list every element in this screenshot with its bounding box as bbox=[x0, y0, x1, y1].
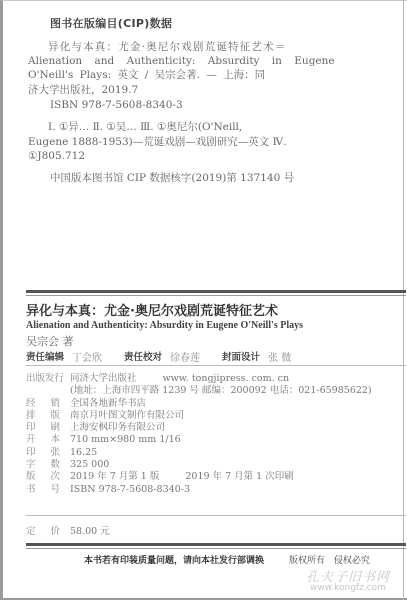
info-value: 710 mm×980 mm 1/16 bbox=[70, 434, 181, 446]
info-row-word-count: 字数 325 000 bbox=[26, 459, 372, 471]
credit-value-proofreader: 徐春莲 bbox=[170, 349, 200, 364]
cip-line: 异化与本真：尤金·奥尼尔戏剧荒诞特征艺术＝ bbox=[48, 41, 287, 54]
watermark-url: www.kongfz.com bbox=[310, 583, 386, 593]
publisher-url: www. tongjipress. com. cn bbox=[163, 373, 290, 385]
book-author: 吴宗会 著 bbox=[26, 333, 74, 349]
info-row-address: (地址：上海市四平路 1239 号 邮编：200092 电话：021-65985… bbox=[26, 385, 372, 397]
copyright-notice: 版权所有 侵权必究 bbox=[289, 553, 370, 566]
info-value-printing: 2019 年 7 月第 1 次印刷 bbox=[185, 471, 293, 483]
info-row-printer: 印刷 上海安枫印务有限公司 bbox=[26, 422, 372, 434]
divider-thin bbox=[26, 295, 406, 296]
cip-line: O'Neill's Plays: 英文 / 吴宗会著. — 上海：同 bbox=[28, 69, 265, 82]
info-label: 出版发行 bbox=[26, 373, 70, 385]
info-row-publisher: 出版发行 同济大学出版社 www. tongjipress. com. cn bbox=[26, 373, 372, 385]
info-row-typesetting: 排版 南京月叶图文制作有限公司 bbox=[26, 410, 372, 422]
info-row-sheets: 印张 16.25 bbox=[26, 447, 372, 459]
divider-thick bbox=[26, 543, 406, 546]
credit-value-cover-design: 张 微 bbox=[268, 349, 291, 364]
info-label: 开本 bbox=[26, 434, 60, 446]
cip-isbn: ISBN 978-7-5608-8340-3 bbox=[50, 99, 183, 112]
publication-info: 出版发行 同济大学出版社 www. tongjipress. com. cn (… bbox=[26, 373, 372, 496]
price-value: 58.00 元 bbox=[70, 523, 110, 537]
credit-label-proofreader: 责任校对 bbox=[124, 349, 162, 364]
page-edge bbox=[403, 0, 404, 600]
publisher-name: 同济大学出版社 bbox=[70, 373, 137, 385]
info-label: 经销 bbox=[26, 398, 60, 410]
cip-line: 济大学出版社，2019.7 bbox=[28, 84, 138, 97]
info-row-format: 开本 710 mm×980 mm 1/16 bbox=[26, 434, 372, 446]
quality-notice: 本书若有印装质量问题，请向本社发行部调换 bbox=[84, 553, 264, 566]
info-label: 字数 bbox=[26, 459, 60, 471]
info-value: 325 000 bbox=[70, 459, 109, 471]
info-row-isbn: 书号 ISBN 978-7-5608-8340-3 bbox=[26, 484, 372, 496]
divider-thick bbox=[26, 290, 406, 293]
publisher-address: (地址：上海市四平路 1239 号 邮编：200092 电话：021-65985… bbox=[70, 385, 372, 397]
price-row: 定价 58.00 元 bbox=[26, 523, 110, 537]
book-title: 异化与本真：尤金·奥尼尔戏剧荒诞特征艺术 bbox=[26, 300, 278, 319]
info-label: 印张 bbox=[26, 447, 60, 459]
info-label: 定价 bbox=[26, 523, 60, 537]
credit-value-editor: 丁会欣 bbox=[72, 349, 102, 364]
credit-label-cover-design: 封面设计 bbox=[222, 349, 260, 364]
cip-subject-index: Ⅰ. ①异… Ⅱ. ①吴… Ⅲ. ①奥尼尔(O'Neill, bbox=[48, 121, 242, 134]
cip-heading: 图书在版编目(CIP)数据 bbox=[50, 15, 172, 31]
credits-row: 责任编辑 丁会欣 责任校对 徐春莲 封面设计 张 微 bbox=[26, 349, 313, 364]
book-subtitle: Alienation and Authenticity: Absurdity i… bbox=[26, 320, 303, 331]
info-row-distributor: 经销 全国各地新华书店 bbox=[26, 398, 372, 410]
info-value: 南京月叶图文制作有限公司 bbox=[70, 410, 184, 422]
info-value: 全国各地新华书店 bbox=[70, 398, 146, 410]
info-value: 2019 年 7 月第 1 版 bbox=[70, 471, 159, 483]
info-label: 书号 bbox=[26, 484, 60, 496]
info-value: 16.25 bbox=[70, 447, 97, 459]
divider-thin bbox=[26, 548, 406, 549]
divider bbox=[26, 515, 406, 516]
cip-classification: ①J805.712 bbox=[28, 150, 85, 163]
credit-label-editor: 责任编辑 bbox=[26, 349, 64, 364]
info-value: ISBN 978-7-5608-8340-3 bbox=[70, 484, 190, 496]
cip-record-number: 中国版本图书馆 CIP 数据核字(2019)第 137140 号 bbox=[50, 172, 294, 185]
info-label: 版次 bbox=[26, 471, 60, 483]
info-label: 排版 bbox=[26, 410, 60, 422]
info-value: 上海安枫印务有限公司 bbox=[70, 422, 165, 434]
divider bbox=[26, 365, 406, 366]
cip-subject-index: Eugene 1888-1953)—荒诞戏剧—戏剧研究—英文 Ⅳ. bbox=[28, 136, 286, 149]
info-label: 印刷 bbox=[26, 422, 60, 434]
cip-line: Alienation and Authenticity: Absurdity i… bbox=[28, 55, 335, 68]
info-row-edition: 版次 2019 年 7 月第 1 版 2019 年 7 月第 1 次印刷 bbox=[26, 471, 372, 483]
